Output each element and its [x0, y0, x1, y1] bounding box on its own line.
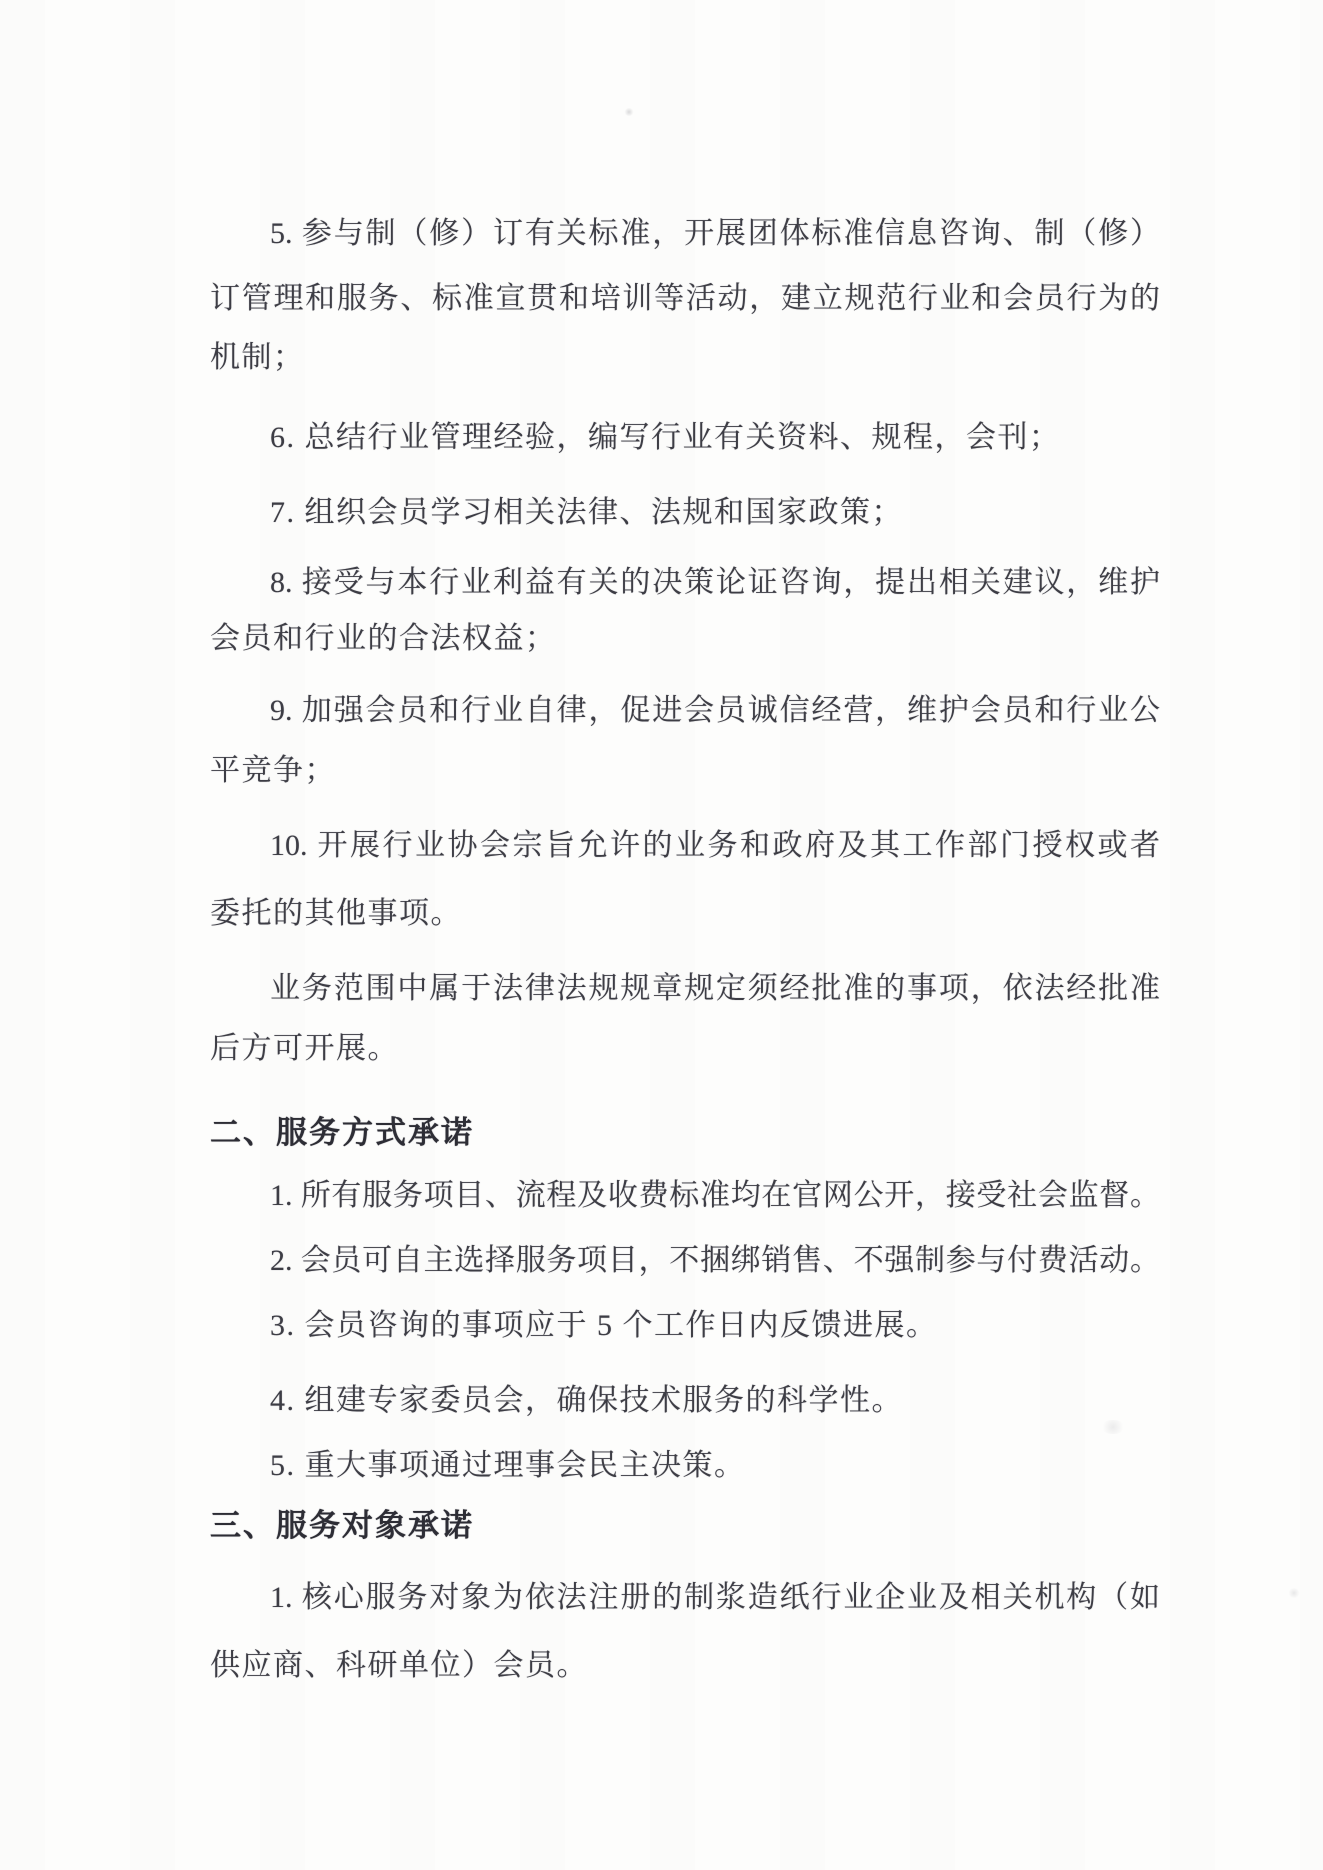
service-mode-item-1: 1. 所有服务项目、流程及收费标准均在官网公开，接受社会监督。 [210, 1175, 1160, 1217]
scope-item-7-line-1: 7. 组织会员学习相关法律、法规和国家政策； [210, 492, 1160, 534]
service-mode-item-2: 2. 会员可自主选择服务项目，不捆绑销售、不强制参与付费活动。 [210, 1240, 1160, 1282]
service-target-item-1-line-2: 供应商、科研单位）会员。 [210, 1645, 1160, 1687]
document-body: 5. 参与制（修）订有关标准，开展团体标准信息咨询、制（修） 订管理和服务、标准… [210, 0, 1160, 1870]
scope-item-6-line-1: 6. 总结行业管理经验，编写行业有关资料、规程，会刊； [210, 417, 1160, 459]
scope-item-8-line-1: 8. 接受与本行业利益有关的决策论证咨询，提出相关建议，维护 [210, 562, 1160, 604]
section-3-heading: 三、服务对象承诺 [210, 1505, 1160, 1547]
service-mode-item-3: 3. 会员咨询的事项应于 5 个工作日内反馈进展。 [210, 1305, 1160, 1347]
scope-item-5-line-3: 机制； [210, 337, 1160, 379]
scanned-document-page: 5. 参与制（修）订有关标准，开展团体标准信息咨询、制（修） 订管理和服务、标准… [0, 0, 1323, 1870]
scan-speck [1288, 1588, 1300, 1598]
scope-item-5-line-2: 订管理和服务、标准宣贯和培训等活动，建立规范行业和会员行为的 [210, 278, 1160, 320]
scope-item-10-line-1: 10. 开展行业协会宗旨允许的业务和政府及其工作部门授权或者 [210, 825, 1160, 867]
scope-closing-line-2: 后方可开展。 [210, 1028, 1160, 1070]
scope-item-9-line-2: 平竞争； [210, 750, 1160, 792]
section-2-heading: 二、服务方式承诺 [210, 1112, 1160, 1154]
scope-closing-line-1: 业务范围中属于法律法规规章规定须经批准的事项，依法经批准 [210, 968, 1160, 1010]
service-mode-item-4: 4. 组建专家委员会，确保技术服务的科学性。 [210, 1380, 1160, 1422]
scope-item-9-line-1: 9. 加强会员和行业自律，促进会员诚信经营，维护会员和行业公 [210, 690, 1160, 732]
scope-item-8-line-2: 会员和行业的合法权益； [210, 618, 1160, 660]
scope-item-5-line-1: 5. 参与制（修）订有关标准，开展团体标准信息咨询、制（修） [210, 213, 1160, 255]
service-target-item-1-line-1: 1. 核心服务对象为依法注册的制浆造纸行业企业及相关机构（如 [210, 1577, 1160, 1619]
scope-item-10-line-2: 委托的其他事项。 [210, 893, 1160, 935]
service-mode-item-5: 5. 重大事项通过理事会民主决策。 [210, 1445, 1160, 1487]
